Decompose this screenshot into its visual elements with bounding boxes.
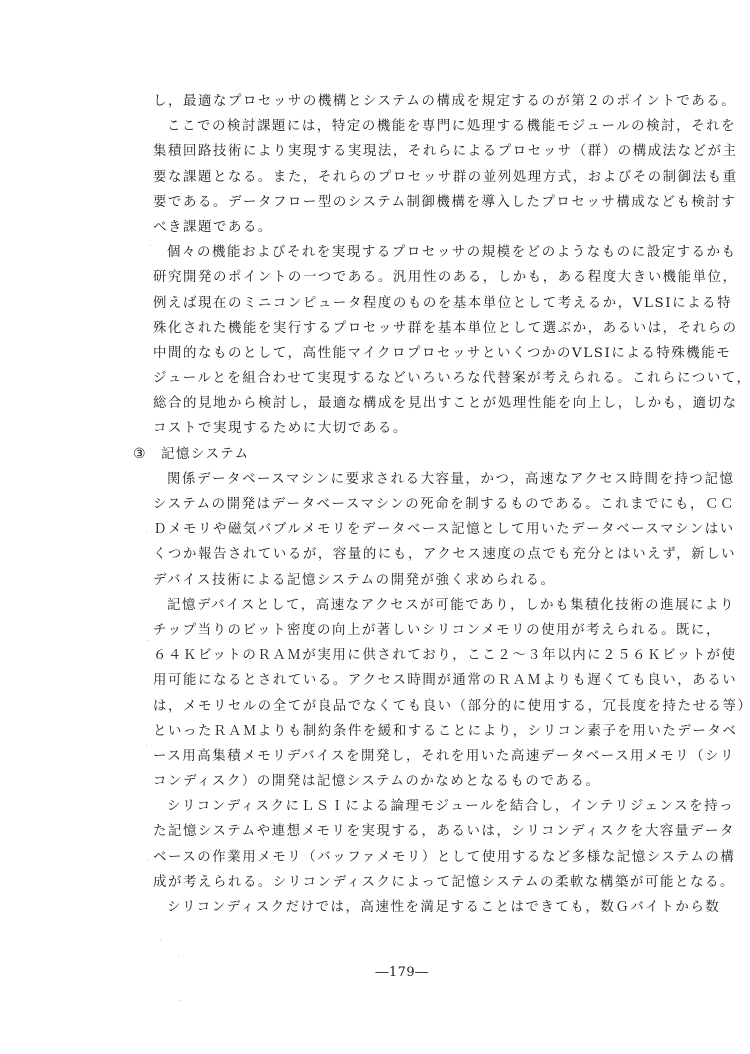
section-number: ③ (133, 442, 161, 467)
text-line: 成が考えられる。シリコンディスクによって記憶システムの柔軟な構築が可能となる。 (153, 870, 683, 895)
text-line: ベースの作業用メモリ（バッファメモリ）として使用するなど多様な記憶システムの構 (153, 845, 683, 870)
text-line: デバイス技術による記憶システムの開発が強く求められる。 (153, 568, 683, 593)
text-line: 例えば現在のミニコンピュータ程度のものを基本単位として考えるか，VLSIによる特 (153, 291, 683, 316)
scan-speck (148, 860, 149, 861)
body-text: し，最適なプロセッサの機構とシステムの構成を規定するのが第２のポイントである。 … (153, 89, 683, 920)
text-line: ここでの検討課題には，特定の機能を専門に処理する機能モジュールの検討，それを (153, 114, 683, 139)
scan-speck (178, 955, 179, 956)
scan-speck (148, 640, 149, 641)
text-line: 用可能になるとされている。アクセス時間が通常のＲＡＭよりも遅くても良い，あるい (153, 668, 683, 693)
text-line: 殊化された機能を実行するプロセッサ群を基本単位として選ぶか，あるいは，それらの (153, 316, 683, 341)
text-line: コンディスク）の開発は記憶システムのかなめとなるものである。 (153, 769, 683, 794)
text-line: シリコンディスクにＬＳＩによる論理モジュールを結合し，インテリジェンスを持っ (153, 794, 683, 819)
text-line: ジュールとを組合わせて実現するなどいろいろな代替案が考えられる。これらについて， (153, 366, 683, 391)
text-line: チップ当りのビット密度の向上が著しいシリコンメモリの使用が考えられる。既に， (153, 618, 683, 643)
text-line: くつか報告されているが，容量的にも，アクセス速度の点でも充分とはいえず，新しい (153, 542, 683, 567)
scan-speck (146, 532, 147, 533)
scan-speck (146, 745, 147, 746)
text-line: た記憶システムや連想メモリを実現する，あるいは，シリコンディスクを大容量データ (153, 819, 683, 844)
text-line: Ｄメモリや磁気バブルメモリをデータベース記憶として用いたデータベースマシンはい (153, 517, 683, 542)
text-line: 総合的見地から検討し，最適な構成を見出すことが処理性能を向上し，しかも，適切な (153, 391, 683, 416)
text-line: ース用高集積メモリデバイスを開発し，それを用いた高速データベース用メモリ（シリ (153, 744, 683, 769)
scan-speck (160, 940, 161, 941)
text-line: べき課題である。 (153, 215, 683, 240)
scan-speck (150, 245, 151, 246)
text-line: 記憶デバイスとして，高速なアクセスが可能であり，しかも集積化技術の進展により (153, 593, 683, 618)
section-heading: ③記憶システム (133, 442, 683, 467)
section-title: 記憶システム (161, 447, 250, 462)
text-line: 研究開発のポイントの一つである。汎用性のある，しかも，ある程度大きい機能単位， (153, 265, 683, 290)
text-line: 要である。データフロー型のシステム制御機構を導入したプロセッサ構成なども検討す (153, 190, 683, 215)
text-line: といったＲＡＭよりも制約条件を緩和することにより，シリコン素子を用いたデータベ (153, 719, 683, 744)
page-number: ―179― (0, 965, 750, 980)
text-line: ６４ＫビットのＲＡＭが実用に供されており，ここ２～３年以内に２５６Ｋビットが使 (153, 643, 683, 668)
text-line: 集積回路技術により実現する実現法，それらによるプロセッサ（群）の構成法などが主 (153, 139, 683, 164)
text-line: 関係データベースマシンに要求される大容量，かつ，高速なアクセス時間を持つ記憶 (153, 467, 683, 492)
text-line: 個々の機能およびそれを実現するプロセッサの規模をどのようなものに設定するかも (153, 240, 683, 265)
text-line: し，最適なプロセッサの機構とシステムの構成を規定するのが第２のポイントである。 (153, 89, 683, 114)
text-line: コストで実現するために大切である。 (153, 416, 683, 441)
text-line: 要な課題となる。また，それらのプロセッサ群の並列処理方式，およびその制御法も重 (153, 165, 683, 190)
text-line: 中間的なものとして，高性能マイクロプロセッサといくつかのVLSIによる特殊機能モ (153, 341, 683, 366)
text-line: シリコンディスクだけでは，高速性を満足することはできても，数Ｇバイトから数 (153, 895, 683, 920)
document-page: し，最適なプロセッサの機構とシステムの構成を規定するのが第２のポイントである。 … (0, 0, 750, 1054)
text-line: システムの開発はデータベースマシンの死命を制するものである。これまでにも，ＣＣ (153, 492, 683, 517)
scan-speck (180, 1000, 181, 1001)
text-line: は，メモリセルの全てが良品でなくても良い（部分的に使用する，冗長度を持たせる等） (153, 694, 683, 719)
